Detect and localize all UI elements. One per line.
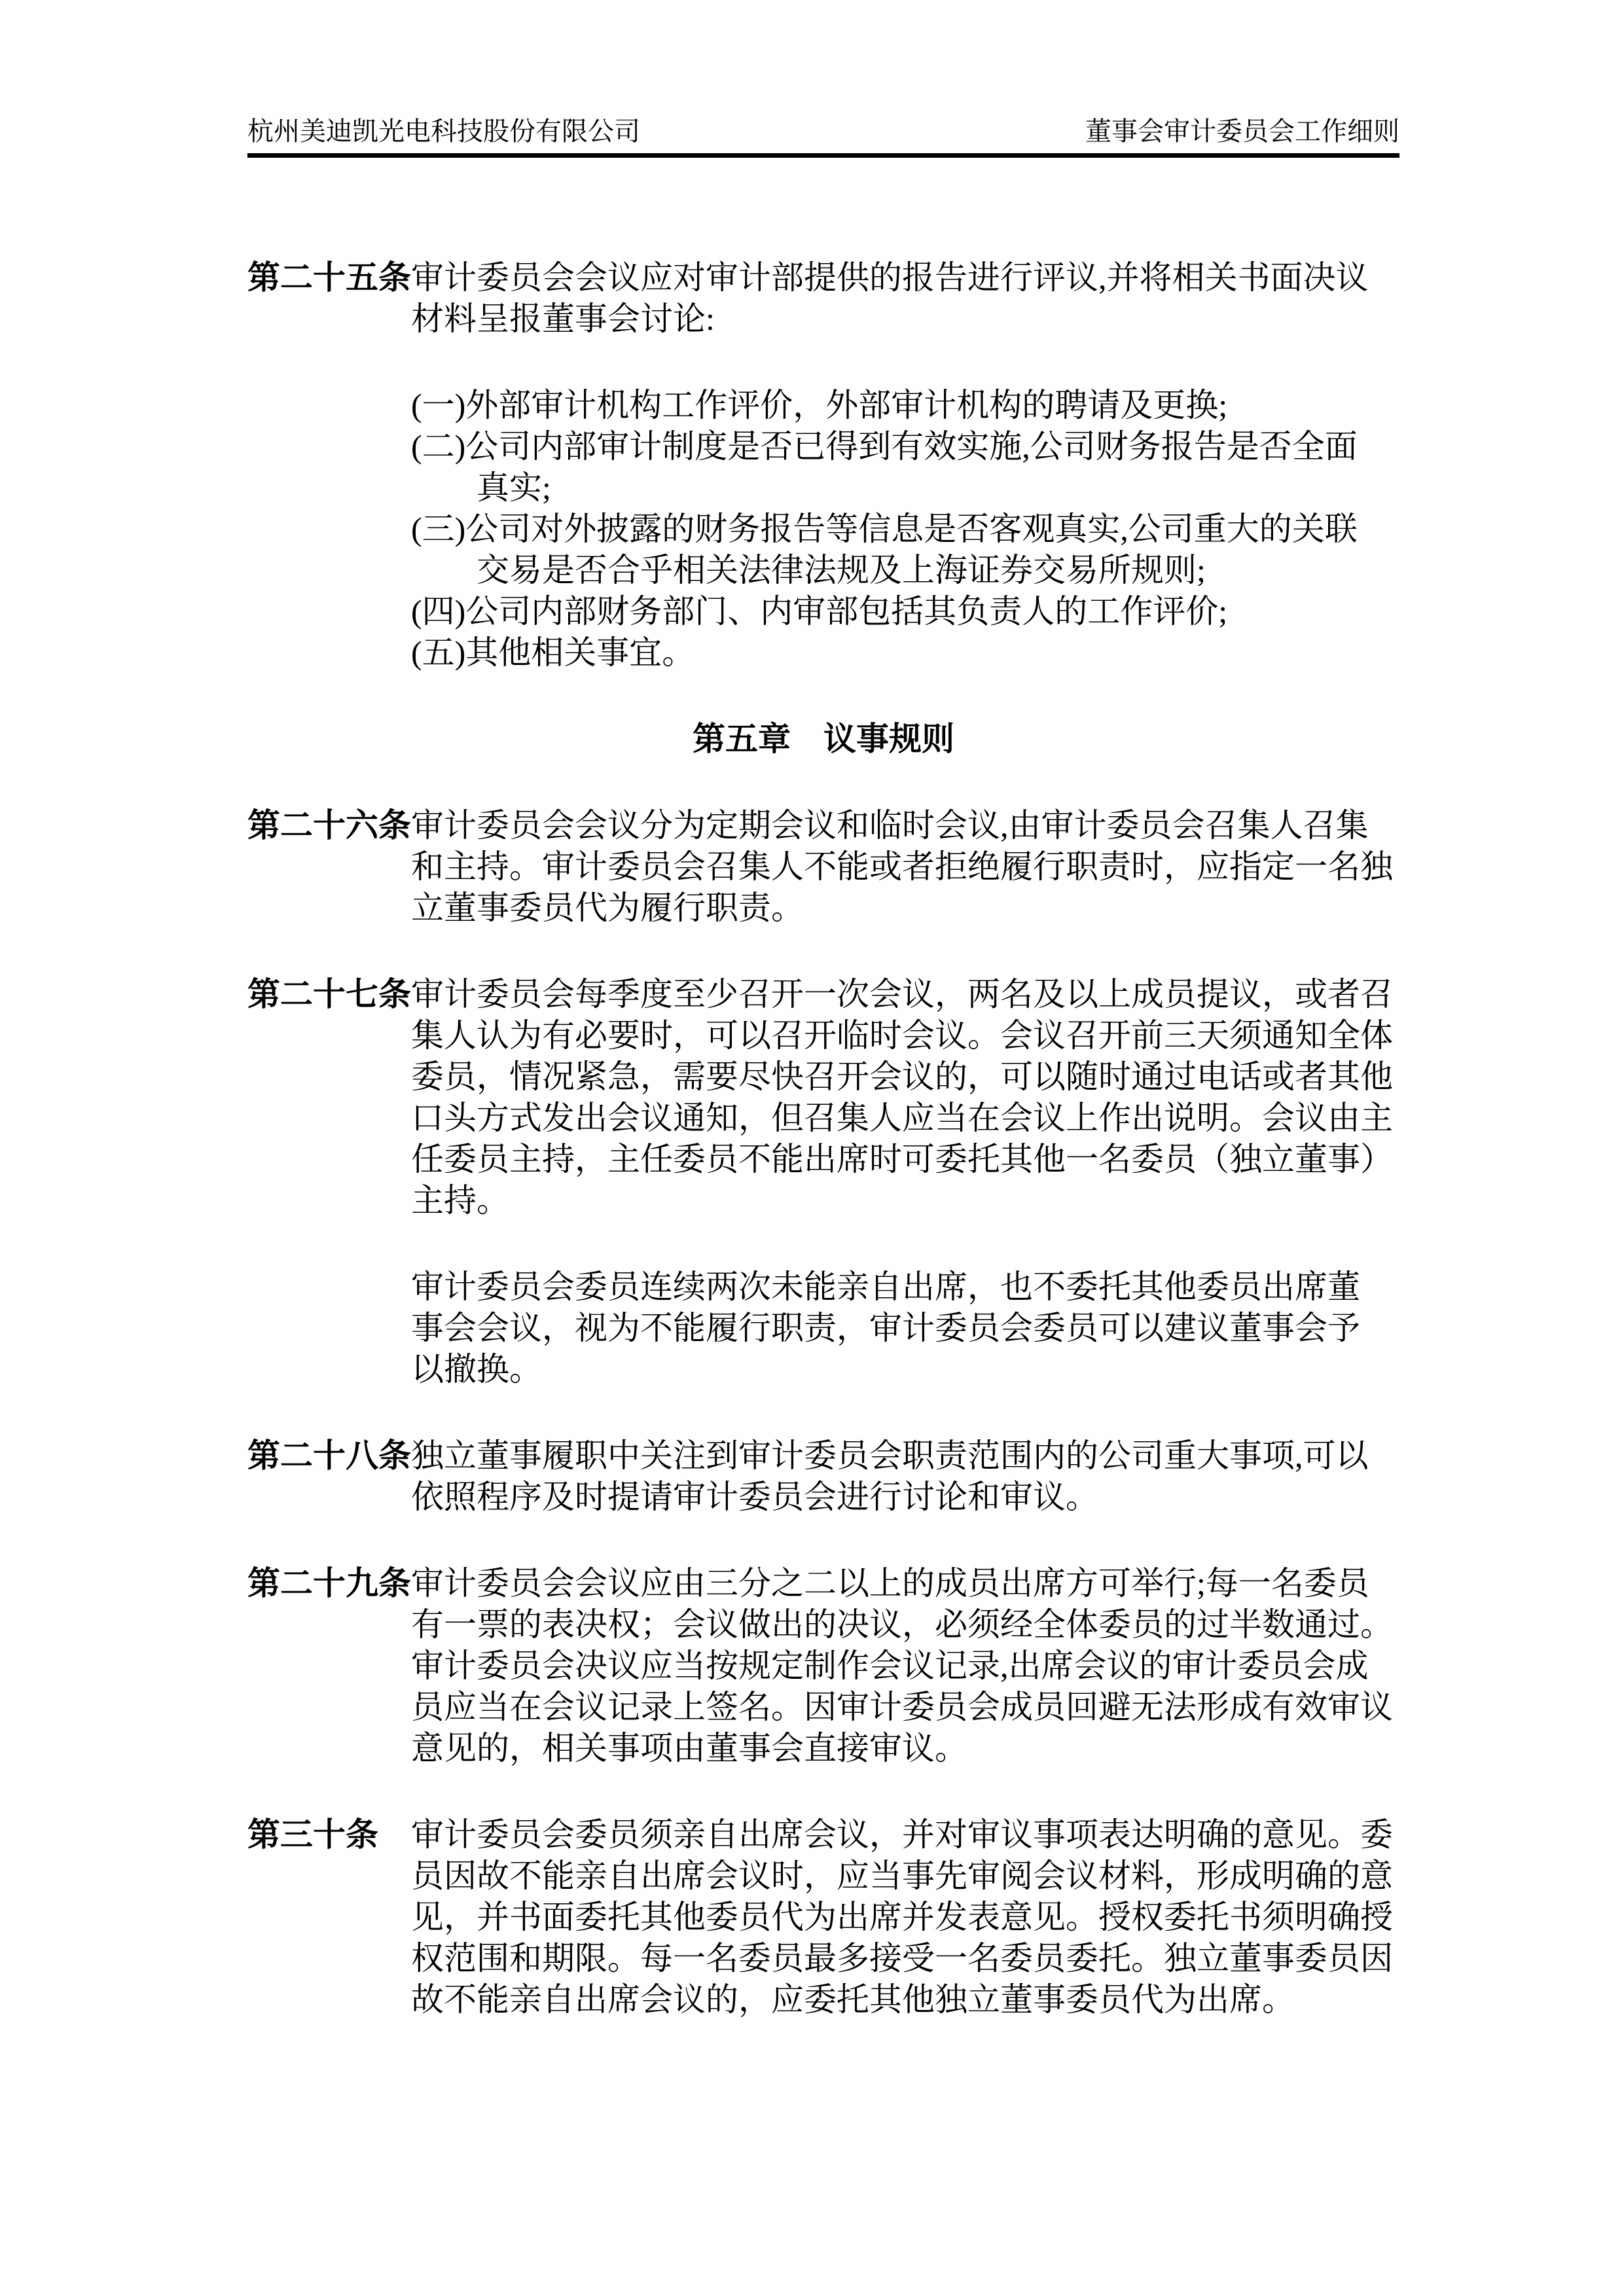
page-header: 杭州美迪凯光电科技股份有限公司 董事会审计委员会工作细则 <box>247 117 1399 147</box>
article-30-number: 第三十条 <box>247 1814 411 1856</box>
list-item-1: (一)外部审计机构工作评价，外部审计机构的聘请及更换; <box>411 385 1399 426</box>
article-25-number: 第二十五条 <box>247 257 411 298</box>
header-divider-rule <box>247 153 1399 158</box>
article-28: 第二十八条 独立董事履职中关注到审计委员会职责范围内的公司重大事项,可以 依照程… <box>247 1435 1399 1518</box>
header-doc-title: 董事会审计委员会工作细则 <box>1085 117 1399 147</box>
list-item-3: (三)公司对外披露的财务报告等信息是否客观真实,公司重大的关联 交易是否合乎相关… <box>411 509 1399 591</box>
list-item-2: (二)公司内部审计制度是否已得到有效实施,公司财务报告是否全面 真实; <box>411 426 1399 509</box>
article-25: 第二十五条 审计委员会会议应对审计部提供的报告进行评议,并将相关书面决议 材料呈… <box>247 257 1399 340</box>
article-27-continuation: 审计委员会委员连续两次未能亲自出席，也不委托其他委员出席董 事会会议，视为不能履… <box>247 1266 1399 1390</box>
article-30-text: 审计委员会委员须亲自出席会议，并对审议事项表达明确的意见。委 员因故不能亲自出席… <box>411 1814 1399 2020</box>
header-company-name: 杭州美迪凯光电科技股份有限公司 <box>247 117 640 147</box>
article-25-item-list: (一)外部审计机构工作评价，外部审计机构的聘请及更换; (二)公司内部审计制度是… <box>411 385 1399 673</box>
article-25-text: 审计委员会会议应对审计部提供的报告进行评议,并将相关书面决议 材料呈报董事会讨论… <box>411 257 1399 340</box>
article-26-text: 审计委员会会议分为定期会议和临时会议,由审计委员会召集人召集 和主持。审计委员会… <box>411 805 1399 929</box>
chapter-5-heading: 第五章 议事规则 <box>247 719 1399 760</box>
article-30: 第三十条 审计委员会委员须亲自出席会议，并对审议事项表达明确的意见。委 员因故不… <box>247 1814 1399 2020</box>
article-28-text: 独立董事履职中关注到审计委员会职责范围内的公司重大事项,可以 依照程序及时提请审… <box>411 1435 1399 1518</box>
article-29: 第二十九条 审计委员会会议应由三分之二以上的成员出席方可举行;每一名委员 有一票… <box>247 1563 1399 1769</box>
article-27-text: 审计委员会每季度至少召开一次会议，两名及以上成员提议，或者召 集人认为有必要时，… <box>411 974 1399 1221</box>
article-29-number: 第二十九条 <box>247 1563 411 1604</box>
list-item-5: (五)其他相关事宜。 <box>411 632 1399 673</box>
article-27: 第二十七条 审计委员会每季度至少召开一次会议，两名及以上成员提议，或者召 集人认… <box>247 974 1399 1221</box>
article-28-number: 第二十八条 <box>247 1435 411 1477</box>
article-29-text: 审计委员会会议应由三分之二以上的成员出席方可举行;每一名委员 有一票的表决权；会… <box>411 1563 1399 1769</box>
article-27-continuation-text: 审计委员会委员连续两次未能亲自出席，也不委托其他委员出席董 事会会议，视为不能履… <box>411 1266 1399 1390</box>
chapter-title: 议事规则 <box>823 719 954 760</box>
document-body: 第二十五条 审计委员会会议应对审计部提供的报告进行评议,并将相关书面决议 材料呈… <box>247 158 1399 2020</box>
article-27-number: 第二十七条 <box>247 974 411 1015</box>
article-26: 第二十六条 审计委员会会议分为定期会议和临时会议,由审计委员会召集人召集 和主持… <box>247 805 1399 929</box>
document-page: 杭州美迪凯光电科技股份有限公司 董事会审计委员会工作细则 第二十五条 审计委员会… <box>0 0 1624 2296</box>
article-26-number: 第二十六条 <box>247 805 411 846</box>
chapter-number: 第五章 <box>693 719 791 760</box>
list-item-4: (四)公司内部财务部门、内审部包括其负责人的工作评价; <box>411 591 1399 632</box>
